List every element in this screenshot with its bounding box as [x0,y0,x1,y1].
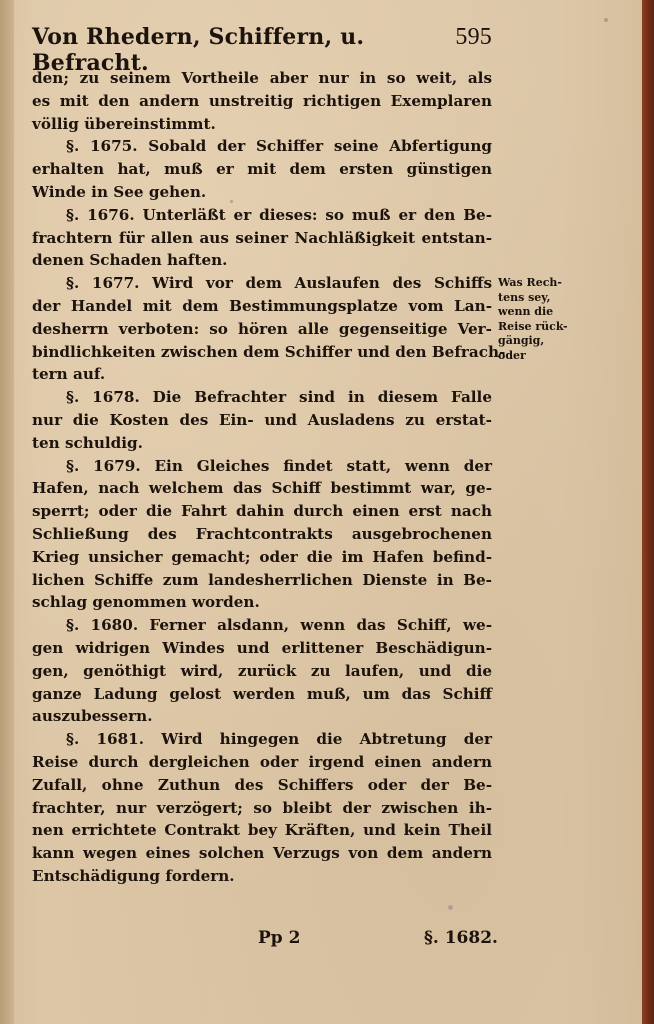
margin-note: Was Rech-tens sey,wenn dieReise rück-gän… [498,276,578,363]
paper-speck [230,200,233,203]
text-line: Hafen, nach welchem das Schiff bestimmt … [32,477,492,500]
text-line: §. 1679. Ein Gleiches findet statt, wenn… [32,455,492,478]
text-line: lichen Schiffe zum landesherrlichen Dien… [32,569,492,592]
text-line: nur die Kosten des Ein- und Ausladens zu… [32,409,492,432]
margin-note-line: Reise rück- [498,320,578,335]
paper-speck [604,18,608,22]
text-line: ten schuldig. [32,432,492,455]
margin-note-line: Was Rech- [498,276,578,291]
text-line: §. 1678. Die Befrachter sind in diesem F… [32,386,492,409]
text-line: Winde in See gehen. [32,181,492,204]
text-line: §. 1681. Wird hingegen die Abtretung der [32,728,492,751]
paper-speck [448,905,453,910]
text-line: kann wegen eines solchen Verzugs von dem… [32,842,492,865]
text-line: nen errichtete Contrakt bey Kräften, und… [32,819,492,842]
text-line: Zufall, ohne Zuthun des Schiffers oder d… [32,774,492,797]
margin-note-line: tens sey, [498,291,578,306]
text-line: gen widrigen Windes und erlittener Besch… [32,637,492,660]
signature-mark: Pp 2 [258,928,300,948]
page-gutter [0,0,14,1024]
text-line: sperrt; oder die Fahrt dahin durch einen… [32,500,492,523]
text-line: §. 1677. Wird vor dem Auslaufen des Schi… [32,272,492,295]
margin-note-line: oder [498,349,578,364]
text-line: §. 1676. Unterläßt er dieses: so muß er … [32,204,492,227]
body-text: den; zu seinem Vortheile aber nur in so … [32,67,492,888]
text-line: es mit den andern unstreitig richtigen E… [32,90,492,113]
catchword: §. 1682. [424,928,498,948]
text-line: tern auf. [32,363,492,386]
text-line: frachtern für allen aus seiner Nachläßig… [32,227,492,250]
text-line: erhalten hat, muß er mit dem ersten güns… [32,158,492,181]
text-line: Entschädigung fordern. [32,865,492,888]
text-line: desherrn verboten: so hören alle gegense… [32,318,492,341]
text-line: §. 1680. Ferner alsdann, wenn das Schiff… [32,614,492,637]
text-line: Schließung des Frachtcontrakts ausgebroc… [32,523,492,546]
page-number: 595 [455,24,492,51]
book-page: Von Rhedern, Schiffern, u. Befracht. 595… [0,0,642,1024]
text-line: ganze Ladung gelost werden muß, um das S… [32,683,492,706]
margin-note-line: gängig, [498,334,578,349]
text-line: bindlichkeiten zwischen dem Schiffer und… [32,341,492,364]
text-line: den; zu seinem Vortheile aber nur in so … [32,67,492,90]
text-line: §. 1675. Sobald der Schiffer seine Abfer… [32,135,492,158]
margin-note-line: wenn die [498,305,578,320]
text-line: denen Schaden haften. [32,249,492,272]
text-line: schlag genommen worden. [32,591,492,614]
text-line: völlig übereinstimmt. [32,113,492,136]
text-line: Krieg unsicher gemacht; oder die im Hafe… [32,546,492,569]
text-line: der Handel mit dem Bestimmungsplatze vom… [32,295,492,318]
text-line: frachter, nur verzögert; so bleibt der z… [32,797,492,820]
text-line: gen, genöthigt wird, zurück zu laufen, u… [32,660,492,683]
text-line: Reise durch dergleichen oder irgend eine… [32,751,492,774]
book-cover-edge [642,0,654,1024]
text-line: auszubessern. [32,705,492,728]
